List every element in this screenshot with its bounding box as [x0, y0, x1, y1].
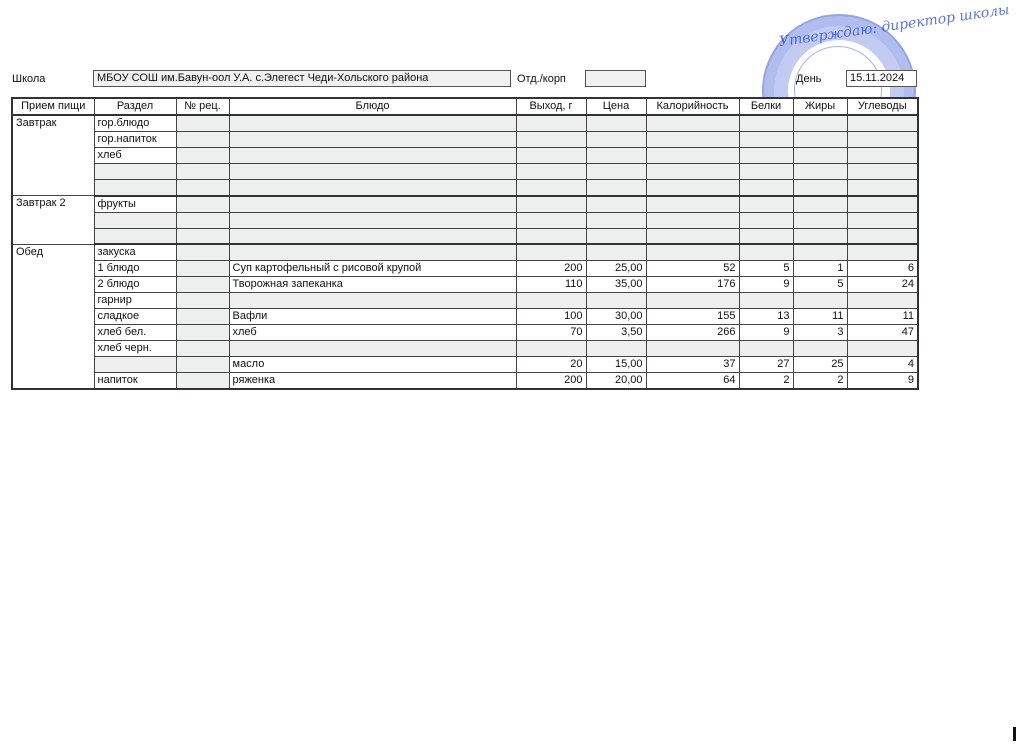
column-header: № рец. [176, 98, 229, 115]
dish-cell[interactable] [229, 180, 516, 196]
section-cell[interactable]: хлеб [94, 148, 176, 164]
yield-cell[interactable] [516, 132, 586, 148]
price-cell[interactable] [586, 115, 646, 132]
table-row: хлеб [12, 148, 918, 164]
carbs-cell[interactable] [847, 341, 918, 357]
fat-cell[interactable] [793, 244, 847, 261]
school-label: Школа [12, 73, 45, 85]
dish-cell[interactable] [229, 244, 516, 261]
protein-cell[interactable] [739, 148, 793, 164]
protein-cell[interactable]: 9 [739, 325, 793, 341]
calories-cell[interactable] [646, 132, 739, 148]
column-header: Блюдо [229, 98, 516, 115]
section-cell[interactable]: фрукты [94, 196, 176, 213]
recipe-cell[interactable] [176, 115, 229, 132]
protein-cell[interactable] [739, 212, 793, 228]
carbs-cell[interactable] [847, 244, 918, 261]
section-cell[interactable]: хлеб черн. [94, 341, 176, 357]
fat-cell[interactable] [793, 212, 847, 228]
column-header: Углеводы [847, 98, 918, 115]
table-row: гор.напиток [12, 132, 918, 148]
column-header: Калорийность [646, 98, 739, 115]
column-header: Выход, г [516, 98, 586, 115]
scan-edge-mark [1013, 727, 1016, 741]
fat-cell[interactable] [793, 180, 847, 196]
carbs-cell[interactable] [847, 212, 918, 228]
calories-cell[interactable]: 266 [646, 325, 739, 341]
dish-cell[interactable] [229, 293, 516, 309]
price-cell[interactable]: 15,00 [586, 357, 646, 373]
recipe-cell[interactable] [176, 132, 229, 148]
section-cell[interactable]: закуска [94, 244, 176, 261]
yield-cell[interactable] [516, 212, 586, 228]
table-row [12, 228, 918, 244]
recipe-cell[interactable] [176, 341, 229, 357]
fat-cell[interactable]: 3 [793, 325, 847, 341]
recipe-cell[interactable] [176, 212, 229, 228]
protein-cell[interactable] [739, 164, 793, 180]
dish-cell[interactable] [229, 148, 516, 164]
price-cell[interactable]: 3,50 [586, 325, 646, 341]
calories-cell[interactable]: 64 [646, 373, 739, 390]
price-cell[interactable] [586, 164, 646, 180]
price-cell[interactable] [586, 228, 646, 244]
price-cell[interactable] [586, 196, 646, 213]
fat-cell[interactable]: 2 [793, 373, 847, 390]
fat-cell[interactable] [793, 196, 847, 213]
section-cell[interactable]: напиток [94, 373, 176, 390]
recipe-cell[interactable] [176, 244, 229, 261]
table-row [12, 180, 918, 196]
column-header: Прием пищи [12, 98, 94, 115]
recipe-cell[interactable] [176, 293, 229, 309]
yield-cell[interactable]: 200 [516, 261, 586, 277]
fat-cell[interactable] [793, 164, 847, 180]
section-cell[interactable] [94, 357, 176, 373]
calories-cell[interactable] [646, 196, 739, 213]
table-row: Обедзакуска [12, 244, 918, 261]
fat-cell[interactable]: 1 [793, 261, 847, 277]
calories-cell[interactable]: 176 [646, 277, 739, 293]
table-row: масло2015,003727254 [12, 357, 918, 373]
table-row: хлеб бел.хлеб703,502669347 [12, 325, 918, 341]
fat-cell[interactable]: 5 [793, 277, 847, 293]
price-cell[interactable] [586, 244, 646, 261]
yield-cell[interactable] [516, 293, 586, 309]
recipe-cell[interactable] [176, 325, 229, 341]
column-header: Раздел [94, 98, 176, 115]
table-row: напитокряженка20020,0064229 [12, 373, 918, 390]
column-header: Жиры [793, 98, 847, 115]
protein-cell[interactable] [739, 196, 793, 213]
carbs-cell[interactable]: 47 [847, 325, 918, 341]
dish-cell[interactable] [229, 228, 516, 244]
calories-cell[interactable] [646, 180, 739, 196]
column-header: Цена [586, 98, 646, 115]
yield-cell[interactable] [516, 244, 586, 261]
yield-cell[interactable] [516, 115, 586, 132]
table-row [12, 212, 918, 228]
price-cell[interactable] [586, 212, 646, 228]
menu-table: Прием пищиРаздел№ рец.БлюдоВыход, гЦенаК… [11, 97, 919, 390]
dept-label: Отд./корп [517, 73, 566, 85]
dish-cell[interactable] [229, 132, 516, 148]
section-cell[interactable] [94, 212, 176, 228]
dish-cell[interactable]: ряженка [229, 373, 516, 390]
calories-cell[interactable] [646, 228, 739, 244]
yield-cell[interactable] [516, 148, 586, 164]
table-row: сладкоеВафли10030,00155131111 [12, 309, 918, 325]
protein-cell[interactable] [739, 180, 793, 196]
column-header: Белки [739, 98, 793, 115]
price-cell[interactable] [586, 148, 646, 164]
carbs-cell[interactable] [847, 228, 918, 244]
price-cell[interactable]: 30,00 [586, 309, 646, 325]
dish-cell[interactable] [229, 341, 516, 357]
meal-cell: Обед [12, 244, 94, 389]
fat-cell[interactable] [793, 132, 847, 148]
carbs-cell[interactable] [847, 132, 918, 148]
section-cell[interactable] [94, 228, 176, 244]
table-row: Завтрак 2фрукты [12, 196, 918, 213]
fat-cell[interactable] [793, 228, 847, 244]
dish-cell[interactable]: хлеб [229, 325, 516, 341]
section-cell[interactable]: гор.блюдо [94, 115, 176, 132]
dish-cell[interactable]: Суп картофельный с рисовой крупой [229, 261, 516, 277]
yield-cell[interactable]: 110 [516, 277, 586, 293]
dish-cell[interactable] [229, 196, 516, 213]
day-field[interactable]: 15.11.2024 [846, 70, 917, 87]
price-cell[interactable] [586, 341, 646, 357]
dish-cell[interactable]: масло [229, 357, 516, 373]
yield-cell[interactable] [516, 164, 586, 180]
dish-cell[interactable] [229, 212, 516, 228]
carbs-cell[interactable] [847, 164, 918, 180]
school-field[interactable]: МБОУ СОШ им.Бавун-оол У.А. с.Элегест Чед… [93, 70, 511, 87]
fat-cell[interactable]: 25 [793, 357, 847, 373]
dish-cell[interactable]: Вафли [229, 309, 516, 325]
dish-cell[interactable]: Творожная запеканка [229, 277, 516, 293]
calories-cell[interactable] [646, 148, 739, 164]
table-row: хлеб черн. [12, 341, 918, 357]
protein-cell[interactable] [739, 228, 793, 244]
price-cell[interactable]: 20,00 [586, 373, 646, 390]
protein-cell[interactable] [739, 293, 793, 309]
table-body: Завтракгор.блюдогор.напитокхлебЗавтрак 2… [12, 115, 918, 389]
protein-cell[interactable]: 2 [739, 373, 793, 390]
table-row: гарнир [12, 293, 918, 309]
table-row [12, 164, 918, 180]
carbs-cell[interactable] [847, 115, 918, 132]
yield-cell[interactable]: 100 [516, 309, 586, 325]
section-cell[interactable]: гарнир [94, 293, 176, 309]
calories-cell[interactable] [646, 212, 739, 228]
price-cell[interactable] [586, 180, 646, 196]
yield-cell[interactable] [516, 180, 586, 196]
dish-cell[interactable] [229, 115, 516, 132]
day-label: День [796, 73, 821, 85]
calories-cell[interactable] [646, 293, 739, 309]
fat-cell[interactable] [793, 341, 847, 357]
protein-cell[interactable] [739, 115, 793, 132]
carbs-cell[interactable] [847, 293, 918, 309]
table-row: 1 блюдоСуп картофельный с рисовой крупой… [12, 261, 918, 277]
recipe-cell[interactable] [176, 373, 229, 390]
carbs-cell[interactable] [847, 180, 918, 196]
fat-cell[interactable] [793, 148, 847, 164]
section-cell[interactable] [94, 164, 176, 180]
fat-cell[interactable] [793, 115, 847, 132]
calories-cell[interactable] [646, 115, 739, 132]
calories-cell[interactable] [646, 164, 739, 180]
calories-cell[interactable]: 155 [646, 309, 739, 325]
table-row: Завтракгор.блюдо [12, 115, 918, 132]
yield-cell[interactable] [516, 341, 586, 357]
section-cell[interactable]: хлеб бел. [94, 325, 176, 341]
dept-field[interactable] [585, 70, 646, 87]
calories-cell[interactable] [646, 341, 739, 357]
fat-cell[interactable]: 11 [793, 309, 847, 325]
protein-cell[interactable]: 27 [739, 357, 793, 373]
recipe-cell[interactable] [176, 180, 229, 196]
protein-cell[interactable] [739, 244, 793, 261]
table-row: 2 блюдоТворожная запеканка11035,00176952… [12, 277, 918, 293]
calories-cell[interactable]: 52 [646, 261, 739, 277]
calories-cell[interactable]: 37 [646, 357, 739, 373]
section-cell[interactable]: гор.напиток [94, 132, 176, 148]
price-cell[interactable]: 35,00 [586, 277, 646, 293]
recipe-cell[interactable] [176, 164, 229, 180]
recipe-cell[interactable] [176, 277, 229, 293]
price-cell[interactable]: 25,00 [586, 261, 646, 277]
dish-cell[interactable] [229, 164, 516, 180]
recipe-cell[interactable] [176, 309, 229, 325]
carbs-cell[interactable]: 4 [847, 357, 918, 373]
recipe-cell[interactable] [176, 196, 229, 213]
table-header-row: Прием пищиРаздел№ рец.БлюдоВыход, гЦенаК… [12, 98, 918, 115]
yield-cell[interactable] [516, 196, 586, 213]
signature: Утверждаю: директор школы [778, 2, 1010, 50]
protein-cell[interactable]: 5 [739, 261, 793, 277]
protein-cell[interactable]: 13 [739, 309, 793, 325]
yield-cell[interactable]: 70 [516, 325, 586, 341]
section-cell[interactable]: 2 блюдо [94, 277, 176, 293]
carbs-cell[interactable]: 24 [847, 277, 918, 293]
section-cell[interactable]: 1 блюдо [94, 261, 176, 277]
yield-cell[interactable]: 200 [516, 373, 586, 390]
fat-cell[interactable] [793, 293, 847, 309]
calories-cell[interactable] [646, 244, 739, 261]
meal-cell: Завтрак [12, 115, 94, 196]
protein-cell[interactable] [739, 341, 793, 357]
carbs-cell[interactable]: 9 [847, 373, 918, 390]
yield-cell[interactable]: 20 [516, 357, 586, 373]
section-cell[interactable]: сладкое [94, 309, 176, 325]
section-cell[interactable] [94, 180, 176, 196]
meal-cell: Завтрак 2 [12, 196, 94, 245]
carbs-cell[interactable]: 6 [847, 261, 918, 277]
recipe-cell[interactable] [176, 228, 229, 244]
price-cell[interactable] [586, 132, 646, 148]
carbs-cell[interactable]: 11 [847, 309, 918, 325]
recipe-cell[interactable] [176, 261, 229, 277]
protein-cell[interactable] [739, 132, 793, 148]
yield-cell[interactable] [516, 228, 586, 244]
protein-cell[interactable]: 9 [739, 277, 793, 293]
carbs-cell[interactable] [847, 196, 918, 213]
recipe-cell[interactable] [176, 148, 229, 164]
recipe-cell[interactable] [176, 357, 229, 373]
carbs-cell[interactable] [847, 148, 918, 164]
price-cell[interactable] [586, 293, 646, 309]
